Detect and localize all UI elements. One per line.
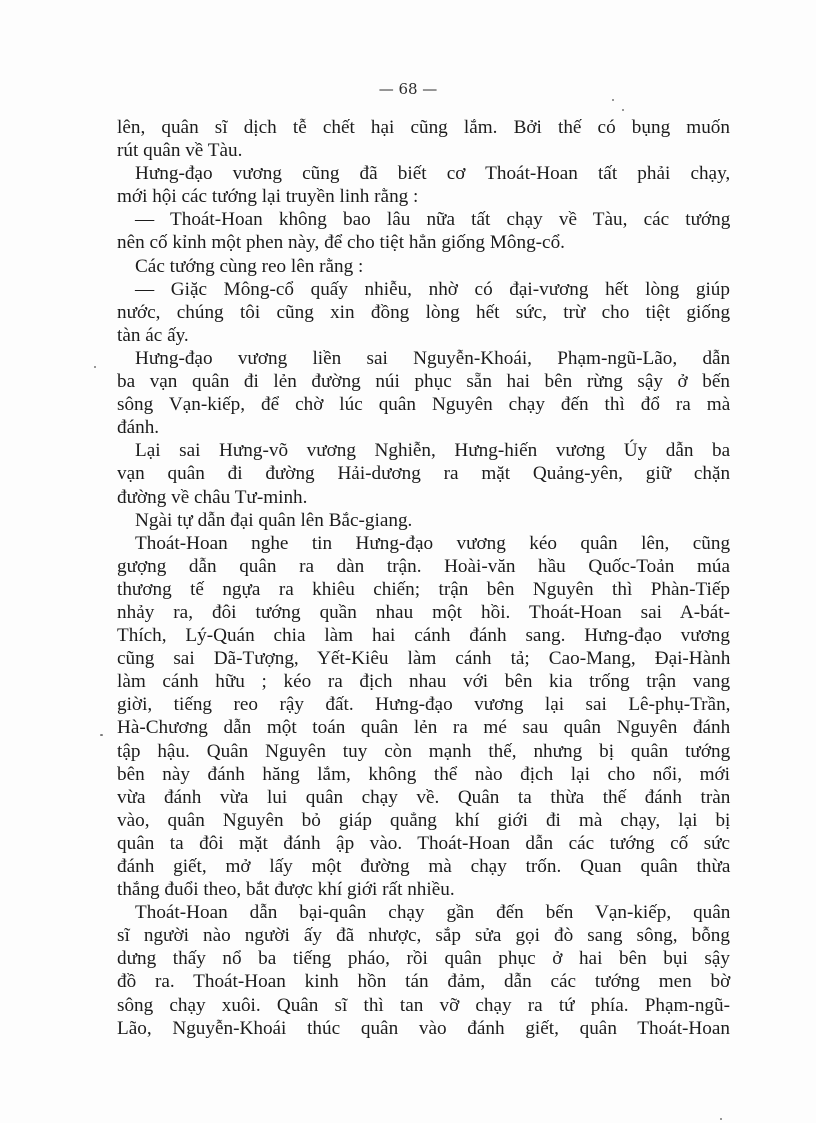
text-line: sông chạy xuôi. Quân sĩ thì tan vỡ chạy … [117,994,730,1017]
text-line: đồ ra. Thoát-Hoan kinh hồn tán đảm, dẫn … [117,970,730,993]
scan-speck [612,99,614,101]
text-line: thương tế ngựa ra khiêu chiến; trận bên … [117,578,730,601]
text-line: Thích, Lý-Quán chia làm hai cánh đánh sa… [117,624,730,647]
text-line: rút quân về Tàu. [117,139,730,162]
text-line: quân ta đôi mặt đánh ập vào. Thoát-Hoan … [117,832,730,855]
text-line: nước, chúng tôi cũng xin đồng lòng hết s… [117,301,730,324]
text-line: nên cố kỉnh một phen này, để cho tiệt hẳ… [117,231,730,254]
text-line: mới hội các tướng lại truyền linh rằng : [117,185,730,208]
text-line: giời, tiếng reo rậy đất. Hưng-đạo vương … [117,693,730,716]
scan-speck [94,366,96,368]
text-line: Hưng-đạo vương cũng đã biết cơ Thoát-Hoa… [117,162,730,185]
text-line: Thoát-Hoan dẫn bại-quân chạy gần đến bến… [117,901,730,924]
text-line: — Thoát-Hoan không bao lâu nữa tất chạy … [117,208,730,231]
text-line: thắng đuổi theo, bắt được khí giới rất n… [117,878,730,901]
text-line: nhảy ra, đôi tướng quần nhau một hồi. Th… [117,601,730,624]
scan-speck [100,734,103,736]
text-line: vạn quân đi đường Hải-dương ra mặt Quảng… [117,462,730,485]
text-line: Thoát-Hoan nghe tin Hưng-đạo vương kéo q… [117,532,730,555]
text-line: đánh. [117,416,730,439]
text-line: Hà-Chương dẫn một toán quân lẻn ra mé sa… [117,716,730,739]
text-line: ba vạn quân đi lẻn đường núi phục sẵn ha… [117,370,730,393]
text-line: lên, quân sĩ dịch tễ chết hại cũng lắm. … [117,116,730,139]
text-line: đánh giết, mở lấy một đường mà chạy trốn… [117,855,730,878]
text-line: Lão, Nguyễn-Khoái thúc quân vào đánh giế… [117,1017,730,1040]
text-line: Lại sai Hưng-võ vương Nghiễn, Hưng-hiến … [117,439,730,462]
text-line: Ngài tự dẫn đại quân lên Bắc-giang. [117,509,730,532]
text-line: tập hậu. Quân Nguyên tuy còn mạnh thế, n… [117,740,730,763]
text-line: Hưng-đạo vương liền sai Nguyễn-Khoái, Ph… [117,347,730,370]
scan-speck [622,109,624,111]
text-line: đường về châu Tư-minh. [117,486,730,509]
page-number: — 68 — [0,80,816,98]
body-text: lên, quân sĩ dịch tễ chết hại cũng lắm. … [117,116,730,1040]
text-line: cũng sai Dã-Tượng, Yết-Kiêu làm cánh tả;… [117,647,730,670]
text-line: sông Vạn-kiếp, để chờ lúc quân Nguyên ch… [117,393,730,416]
text-line: bên này đánh hăng lắm, không thể nào địc… [117,763,730,786]
text-line: Các tướng cùng reo lên rằng : [117,255,730,278]
document-page: — 68 — lên, quân sĩ dịch tễ chết hại cũn… [0,0,816,1123]
text-line: vừa đánh vừa lui quân chạy về. Quân ta t… [117,786,730,809]
text-line: sĩ người nào người ấy đã nhược, sắp sửa … [117,924,730,947]
text-line: làm cánh hữu ; kéo ra địch nhau với bên … [117,670,730,693]
text-line: gượng dẫn quân ra dàn trận. Hoài-văn hầu… [117,555,730,578]
text-line: dưng thấy nổ ba tiếng pháo, rồi quân phụ… [117,947,730,970]
text-line: tàn ác ấy. [117,324,730,347]
text-line: vào, quân Nguyên bỏ giáp quẳng khí giới … [117,809,730,832]
scan-speck [720,1118,722,1120]
text-line: — Giặc Mông-cổ quấy nhiễu, nhờ có đại-vư… [117,278,730,301]
